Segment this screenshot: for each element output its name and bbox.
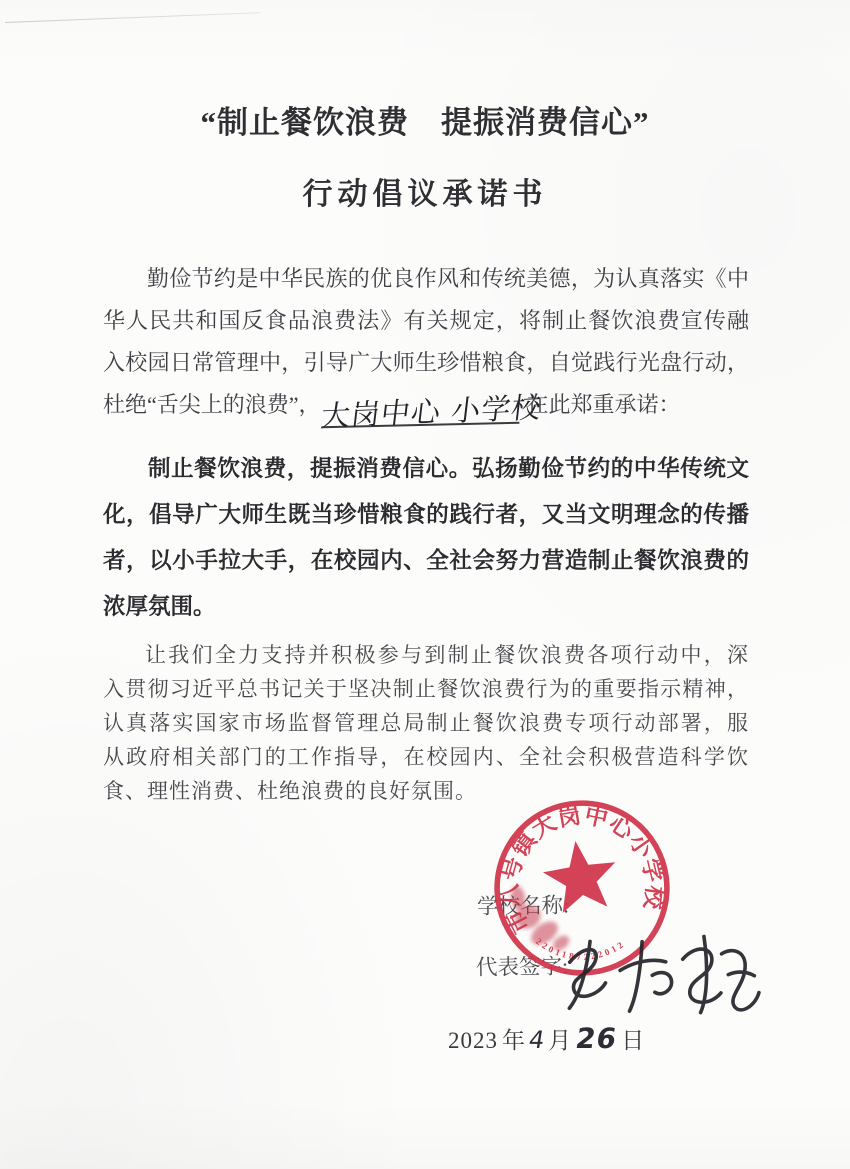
paragraph-line: 浓厚氛围。 xyxy=(103,584,749,630)
paragraph-line: 让我们全力支持并积极参与到制止餐饮浪费各项行动中，深 xyxy=(103,638,749,672)
date-year-unit: 年 xyxy=(502,1022,526,1055)
blank-line-prefix: 杜绝“舌尖上的浪费”， xyxy=(103,384,321,426)
paragraph-line: 制止餐饮浪费，提振消费信心。弘扬勤俭节约的中华传统文 xyxy=(103,446,749,492)
handwritten-school-name: 大岗中心 小学校 xyxy=(319,392,543,431)
star-icon xyxy=(539,836,621,915)
paragraph-line: 入贯彻习近平总书记关于坚决制止餐饮浪费行为的重要指示精神， xyxy=(103,672,749,706)
paragraph-line: 认真落实国家市场监督管理总局制止餐饮浪费专项行动部署，服 xyxy=(103,706,749,740)
date-month-unit: 月 xyxy=(548,1022,572,1055)
blank-line-suffix: 在此郑重承诺： xyxy=(527,384,681,426)
school-name-blank-underline: 大岗中心 小学校 xyxy=(320,388,519,428)
paragraph-line: 化，倡导广大师生既当珍惜粮食的践行者，又当文明理念的传播 xyxy=(103,492,749,538)
paragraph-line: 者，以小手拉大手，在校园内、全社会努力营造制止餐饮浪费的 xyxy=(103,538,749,584)
date-year: 2023 xyxy=(448,1028,498,1054)
paragraph-line: 华人民共和国反食品浪费法》有关规定，将制止餐饮浪费宣传融 xyxy=(103,300,749,342)
paragraph-pledge-bold: 制止餐饮浪费，提振消费信心。弘扬勤俭节约的中华传统文 化，倡导广大师生既当珍惜粮… xyxy=(103,446,749,630)
paragraph-line: 入校园日常管理中，引导广大师生珍惜粮食，自觉践行光盘行动， xyxy=(103,342,749,384)
paragraph-line-with-blank: 杜绝“舌尖上的浪费”， 大岗中心 小学校 在此郑重承诺： xyxy=(103,384,749,426)
representative-signature xyxy=(554,911,768,1023)
date-day-unit: 日 xyxy=(621,1022,645,1055)
document-page: “制止餐饮浪费 提振消费信心” 行动倡议承诺书 勤俭节约是中华民族的优良作风和传… xyxy=(0,0,850,1169)
date-day-handwritten: 26 xyxy=(574,1022,620,1055)
date-month-handwritten: 4 xyxy=(527,1026,548,1054)
paragraph-intro: 勤俭节约是中华民族的优良作风和传统美德，为认真落实《中 华人民共和国反食品浪费法… xyxy=(103,258,749,426)
document-title-line2: 行动倡议承诺书 xyxy=(0,169,850,213)
document-title-line1: “制止餐饮浪费 提振消费信心” xyxy=(0,97,850,142)
paragraph-line: 勤俭节约是中华民族的优良作风和传统美德，为认真落实《中 xyxy=(103,258,749,300)
paragraph-line: 从政府相关部门的工作指导，在校园内、全社会积极营造科学饮 xyxy=(103,740,749,774)
scan-artifact-line xyxy=(5,12,260,23)
date-line: 2023 年 4 月 26 日 xyxy=(446,1022,647,1056)
